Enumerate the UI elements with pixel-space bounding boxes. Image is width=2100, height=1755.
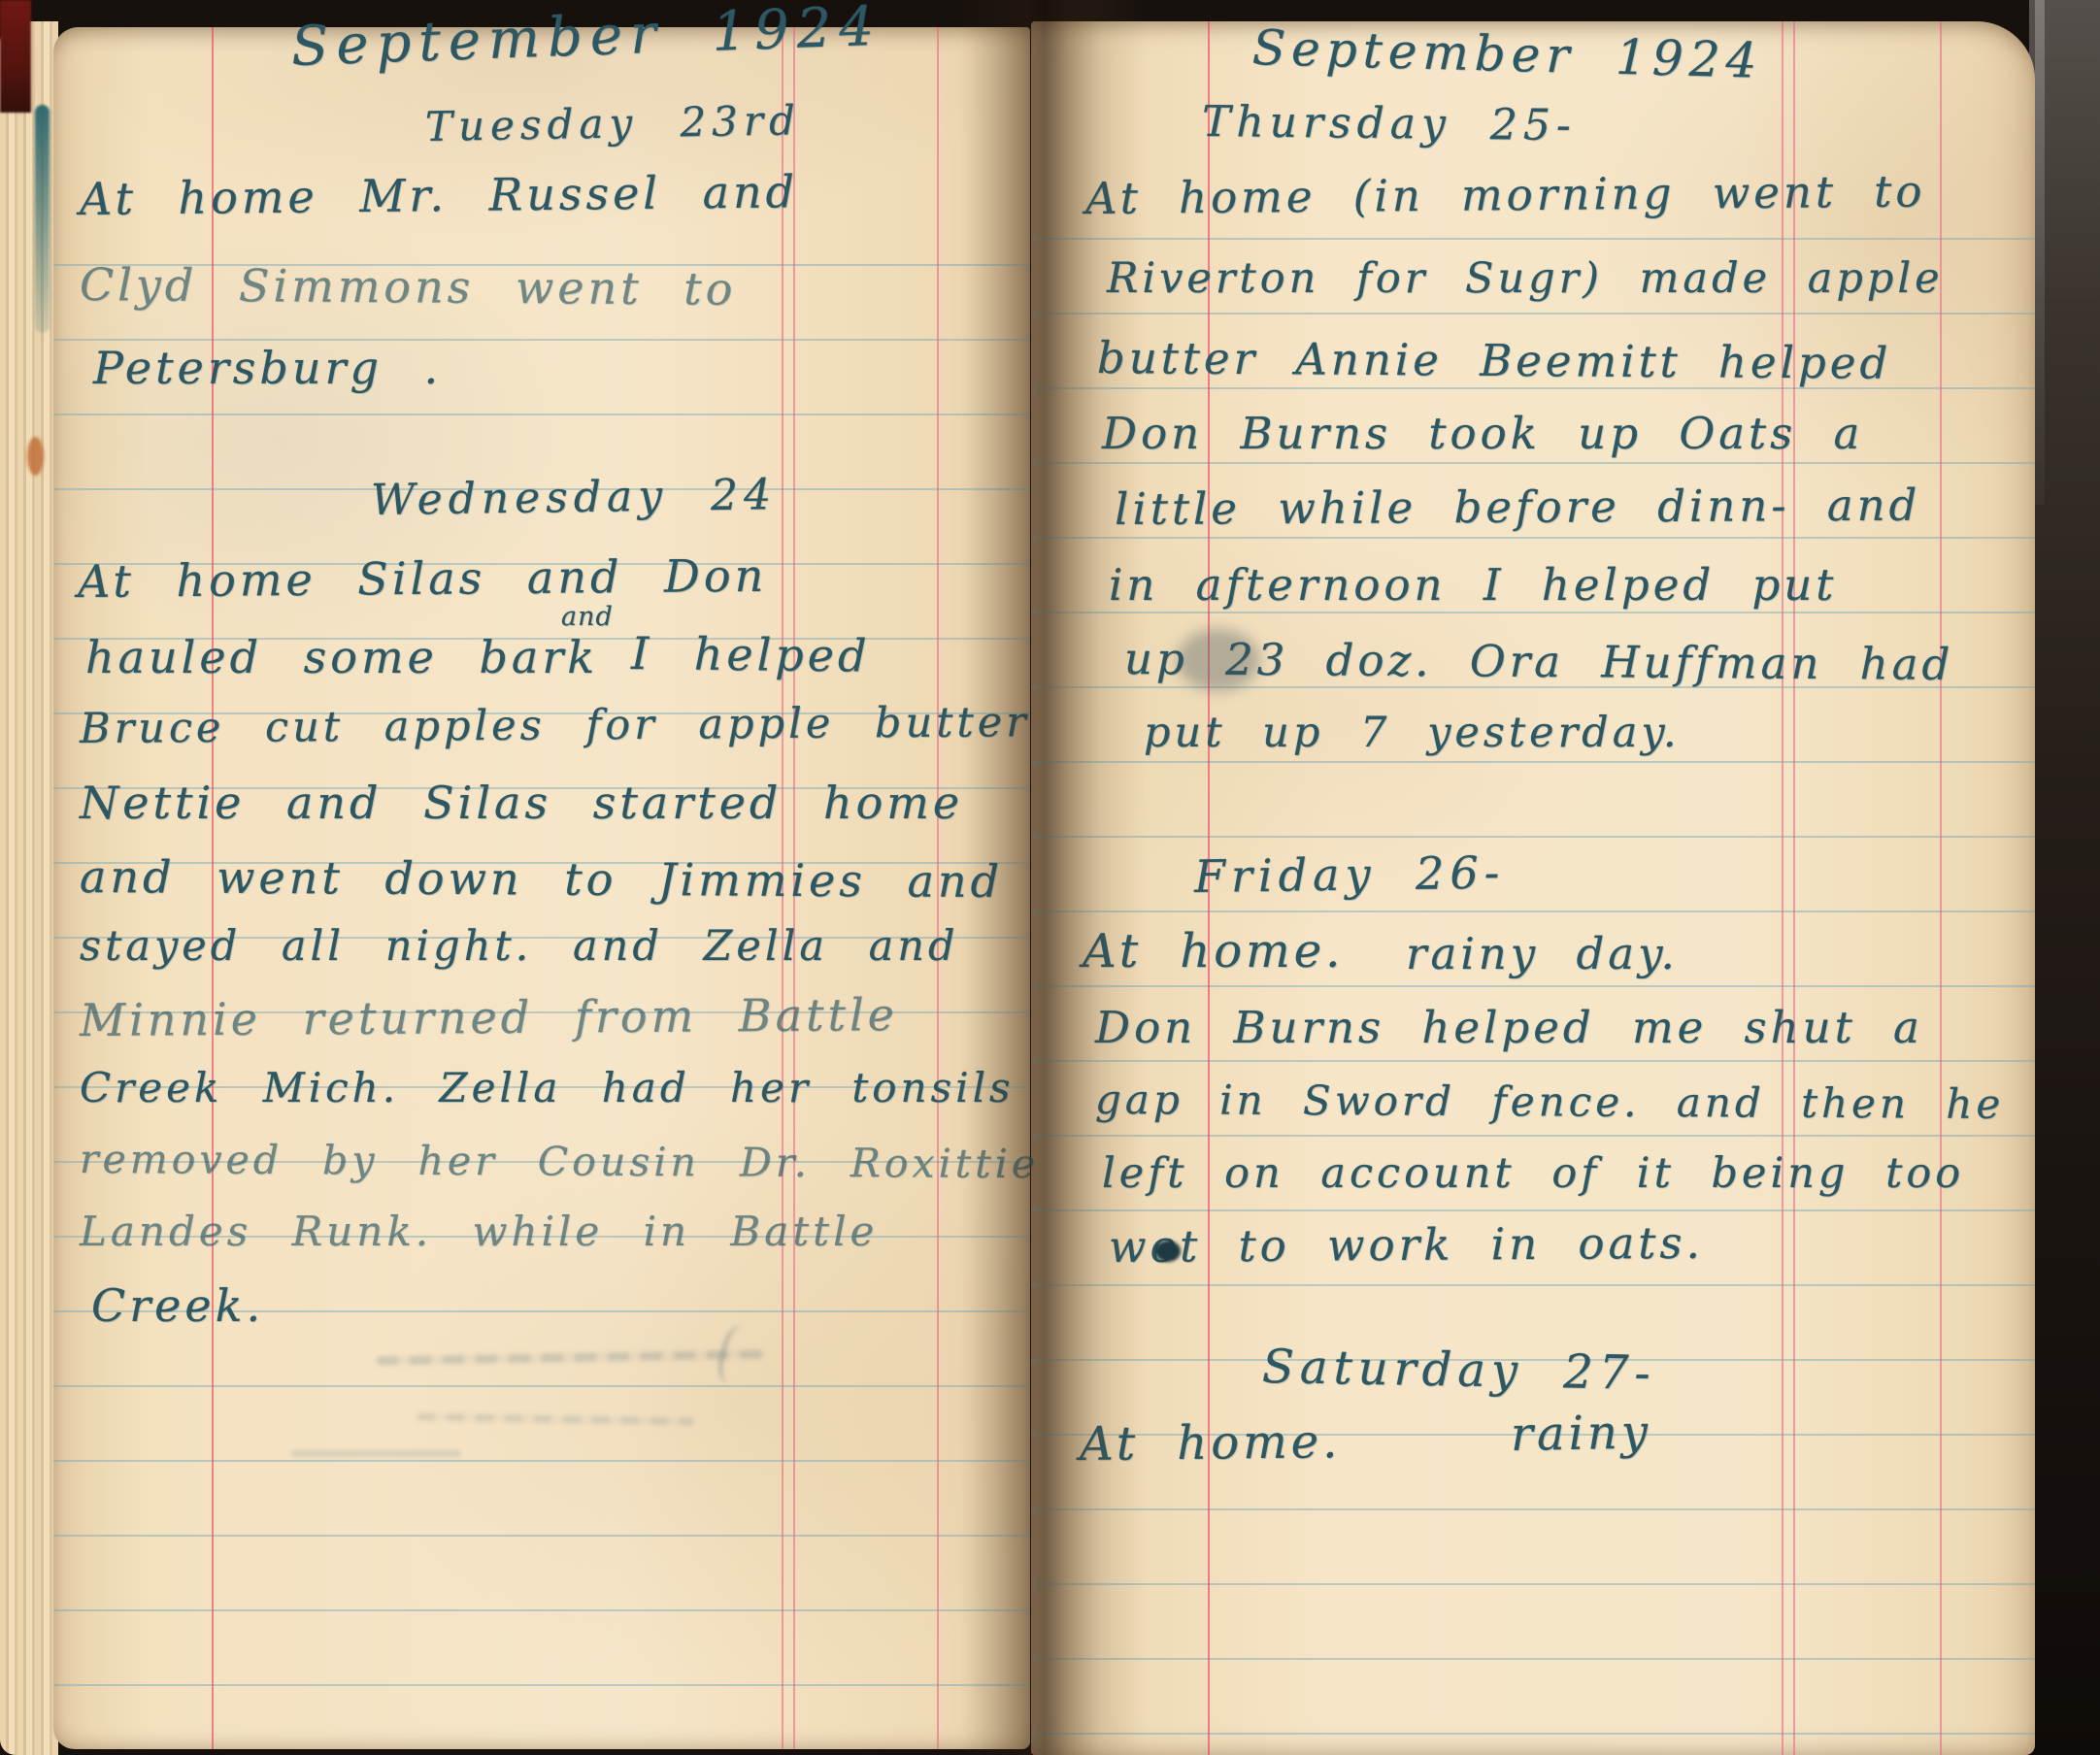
diary-line: in afternoon I helped put xyxy=(1109,559,1837,611)
ruled-lines-right xyxy=(1031,238,2035,1751)
inserted-word: and xyxy=(561,602,614,632)
diary-line: I helped xyxy=(631,627,871,682)
diary-line: Don Burns took up Oats a xyxy=(1102,408,1863,459)
diary-line: little while before dinn- and xyxy=(1115,480,1921,535)
diary-line: Petersburg . xyxy=(93,342,442,394)
diary-line: rainy xyxy=(1511,1405,1652,1462)
teal-edge-mark xyxy=(35,105,50,333)
diary-line: put up 7 yesterday. xyxy=(1144,709,1681,757)
diary-line: Landes Runk. while in Battle xyxy=(80,1208,878,1255)
diary-line: butter Annie Beemitt helped xyxy=(1097,332,1892,389)
date-heading: Tuesday 23rd xyxy=(425,96,802,150)
date-heading: Saturday 27- xyxy=(1262,1340,1657,1401)
diary-line: removed by her Cousin Dr. Roxittie xyxy=(80,1136,1039,1187)
diary-line: Minnie returned from Battle xyxy=(80,988,898,1046)
diary-line: wet to work in oats. xyxy=(1109,1217,1704,1273)
diary-line: hauled some bark xyxy=(85,631,598,683)
diary-line: Clyd Simmons went to xyxy=(80,258,737,315)
diary-line: Riverton for Sugr) made apple xyxy=(1107,254,1944,303)
book-cover-right-edge xyxy=(2029,0,2100,1755)
diary-line: stayed all night. and Zella and xyxy=(80,922,959,971)
diary-line: At home Silas and Don xyxy=(78,549,768,608)
red-cover-corner xyxy=(0,0,31,113)
diary-line: Nettie and Silas started home xyxy=(80,777,963,829)
diary-line: and went down to Jimmies and xyxy=(80,850,1003,908)
diary-line: Don Burns helped me shut a xyxy=(1095,1002,1923,1053)
diary-line: At home. xyxy=(1080,1414,1342,1472)
diary-book-spread: September 1924 Tuesday 23rd At home Mr. … xyxy=(0,0,2100,1755)
date-heading: Wednesday 24 xyxy=(371,470,778,525)
diary-line: left on account of it being too xyxy=(1102,1149,1964,1198)
date-heading: Thursday 25- xyxy=(1202,97,1577,150)
diary-line: At home Mr. Russel and xyxy=(80,165,799,225)
diary-line: gap in Sword fence. and then he xyxy=(1095,1076,2005,1128)
page-stack-left-edge xyxy=(0,21,58,1755)
diary-line: up 23 doz. Ora Huffman had xyxy=(1124,633,1954,690)
diary-line: Bruce cut apples for apple butter xyxy=(80,698,1030,753)
diary-line: Creek Mich. Zella had her tonsils xyxy=(80,1064,1015,1111)
date-heading: Friday 26- xyxy=(1194,846,1506,903)
diary-line: At home. xyxy=(1083,924,1344,978)
diary-line: At home (in morning went to xyxy=(1085,165,1926,224)
diary-line: Creek. xyxy=(91,1279,264,1332)
orange-edge-mark xyxy=(27,437,44,476)
diary-line: rainy day. xyxy=(1406,928,1679,979)
